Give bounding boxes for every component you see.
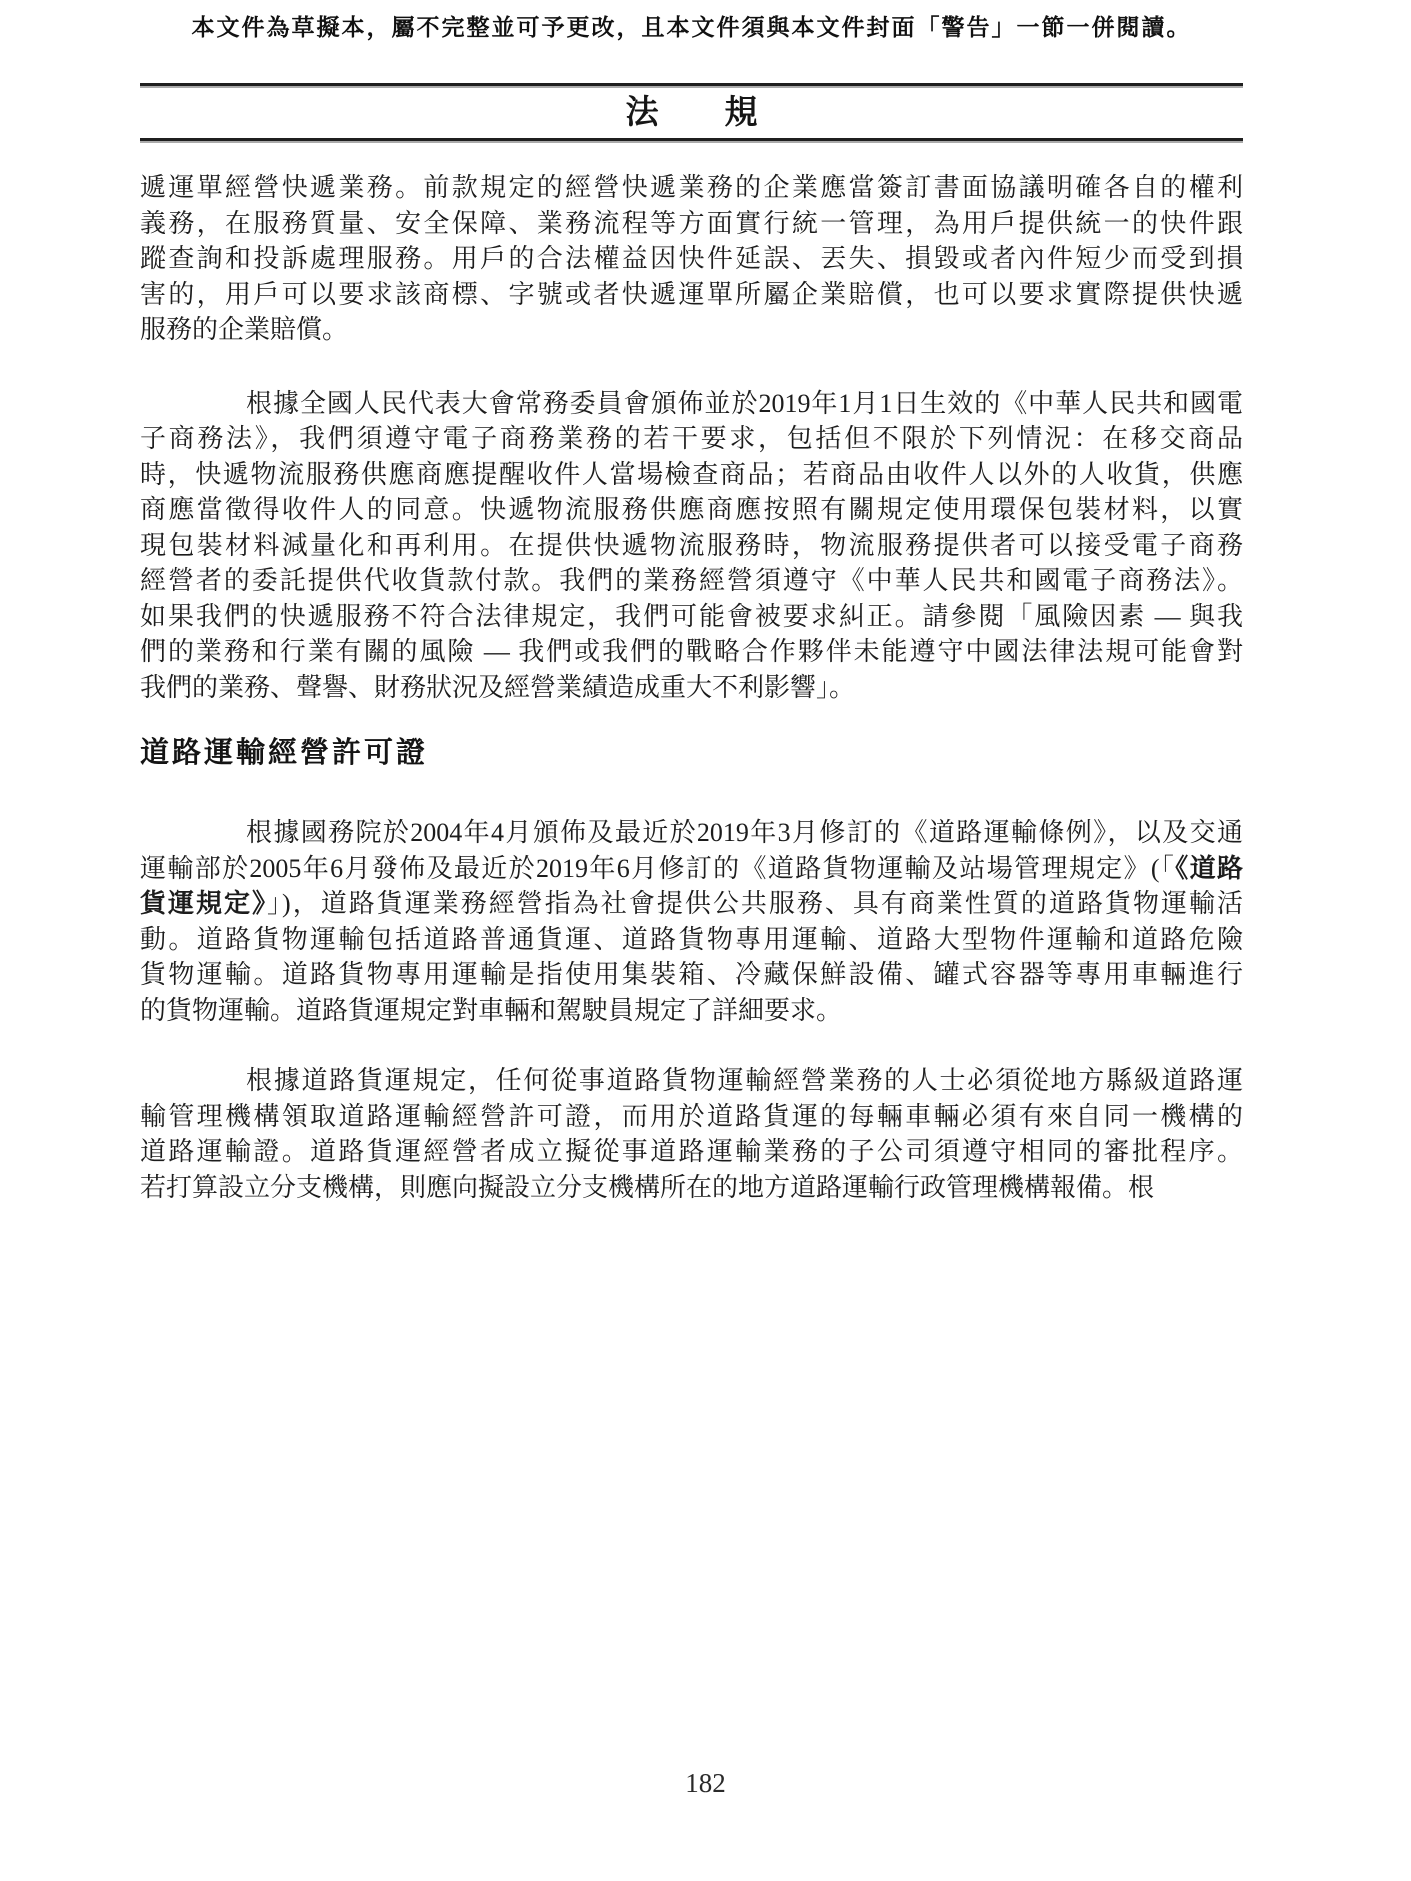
- paragraph-ecommerce-law: 根據全國人民代表大會常務委員會頒佈並於2019年1月1日生效的《中華人民共和國電…: [140, 386, 1243, 706]
- body-line: 遞運單經營快遞業務。前款規定的經營快遞業務的企業應當簽訂書面協議明確各自的權利: [140, 170, 1243, 206]
- header-rule-top: [140, 83, 1243, 86]
- body-line: 動。道路貨物運輸包括道路普通貨運、道路貨物專用運輸、道路大型物件運輸和道路危險: [140, 922, 1243, 958]
- body-line: 們的業務和行業有關的風險 — 我們或我們的戰略合作夥伴未能遵守中國法律法規可能會…: [140, 634, 1243, 670]
- line-segment: 運輸部於2005年6月發佈及最近於2019年6月修訂的《道路貨物運輸及站場管理規…: [140, 854, 1175, 883]
- body-line: 我們的業務、聲譽、財務狀況及經營業績造成重大不利影響」。: [140, 670, 1243, 706]
- body-line: 服務的企業賠償。: [140, 312, 1243, 348]
- body-line: 商應當徵得收件人的同意。快遞物流服務供應商應按照有關規定使用環保包裝材料，以實: [140, 492, 1243, 528]
- header-rule-bottom: [140, 138, 1243, 141]
- paragraph-road-freight-rules: 根據國務院於2004年4月頒佈及最近於2019年3月修訂的《道路運輸條例》，以及…: [140, 815, 1243, 1028]
- defined-term-bold: 《道路: [1175, 854, 1243, 883]
- document-page: 本文件為草擬本，屬不完整並可予更改，且本文件須與本文件封面「警告」一節一併閱讀。…: [0, 0, 1411, 1881]
- body-line: 根據全國人民代表大會常務委員會頒佈並於2019年1月1日生效的《中華人民共和國電: [140, 386, 1243, 422]
- body-line: 時，快遞物流服務供應商應提醒收件人當場檢查商品；若商品由收件人以外的人收貨，供應: [140, 457, 1243, 493]
- body-line: 子商務法》，我們須遵守電子商務業務的若干要求，包括但不限於下列情況：在移交商品: [140, 421, 1243, 457]
- body-line: 如果我們的快遞服務不符合法律規定，我們可能會被要求糾正。請參閱「風險因素 — 與…: [140, 599, 1243, 635]
- body-line: 義務，在服務質量、安全保障、業務流程等方面實行統一管理，為用戶提供統一的快件跟: [140, 206, 1243, 242]
- body-line: 貨運規定》」)，道路貨運業務經營指為社會提供公共服務、具有商業性質的道路貨物運輸…: [140, 886, 1243, 922]
- body-line: 根據國務院於2004年4月頒佈及最近於2019年3月修訂的《道路運輸條例》，以及…: [140, 815, 1243, 851]
- body-line: 貨物運輸。道路貨物專用運輸是指使用集裝箱、冷藏保鮮設備、罐式容器等專用車輛進行: [140, 957, 1243, 993]
- page-title: 法 規: [140, 92, 1243, 134]
- section-heading-road-transport-licence: 道路運輸經營許可證: [140, 735, 1243, 771]
- draft-disclaimer: 本文件為草擬本，屬不完整並可予更改，且本文件須與本文件封面「警告」一節一併閱讀。: [140, 13, 1243, 43]
- body-line: 根據道路貨運規定，任何從事道路貨物運輸經營業務的人士必須從地方縣級道路運: [140, 1063, 1243, 1099]
- body-line: 現包裝材料減量化和再利用。在提供快遞物流服務時，物流服務提供者可以接受電子商務: [140, 528, 1243, 564]
- body-line: 若打算設立分支機構，則應向擬設立分支機構所在的地方道路運輸行政管理機構報備。根: [140, 1170, 1243, 1206]
- body-line: 道路運輸證。道路貨運經營者成立擬從事道路運輸業務的子公司須遵守相同的審批程序。: [140, 1134, 1243, 1170]
- body-line: 害的，用戶可以要求該商標、字號或者快遞運單所屬企業賠償，也可以要求實際提供快遞: [140, 277, 1243, 313]
- body-line: 輸管理機構領取道路運輸經營許可證，而用於道路貨運的每輛車輛必須有來自同一機構的: [140, 1099, 1243, 1135]
- page-content: 本文件為草擬本，屬不完整並可予更改，且本文件須與本文件封面「警告」一節一併閱讀。…: [140, 0, 1243, 1205]
- paragraph-road-transport-permit: 根據道路貨運規定，任何從事道路貨物運輸經營業務的人士必須從地方縣級道路運 輸管理…: [140, 1063, 1243, 1205]
- body-line: 運輸部於2005年6月發佈及最近於2019年6月修訂的《道路貨物運輸及站場管理規…: [140, 851, 1243, 887]
- body-line: 的貨物運輸。道路貨運規定對車輛和駕駛員規定了詳細要求。: [140, 993, 1243, 1029]
- paragraph-express-waybill: 遞運單經營快遞業務。前款規定的經營快遞業務的企業應當簽訂書面協議明確各自的權利 …: [140, 170, 1243, 348]
- defined-term-bold: 貨運規定》: [140, 889, 267, 918]
- line-segment: 」)，道路貨運業務經營指為社會提供公共服務、具有商業性質的道路貨物運輸活: [267, 889, 1243, 918]
- page-number: 182: [0, 1768, 1411, 1799]
- body-line: 蹤查詢和投訴處理服務。用戶的合法權益因快件延誤、丟失、損毀或者內件短少而受到損: [140, 241, 1243, 277]
- body-line: 經營者的委託提供代收貨款付款。我們的業務經營須遵守《中華人民共和國電子商務法》。: [140, 563, 1243, 599]
